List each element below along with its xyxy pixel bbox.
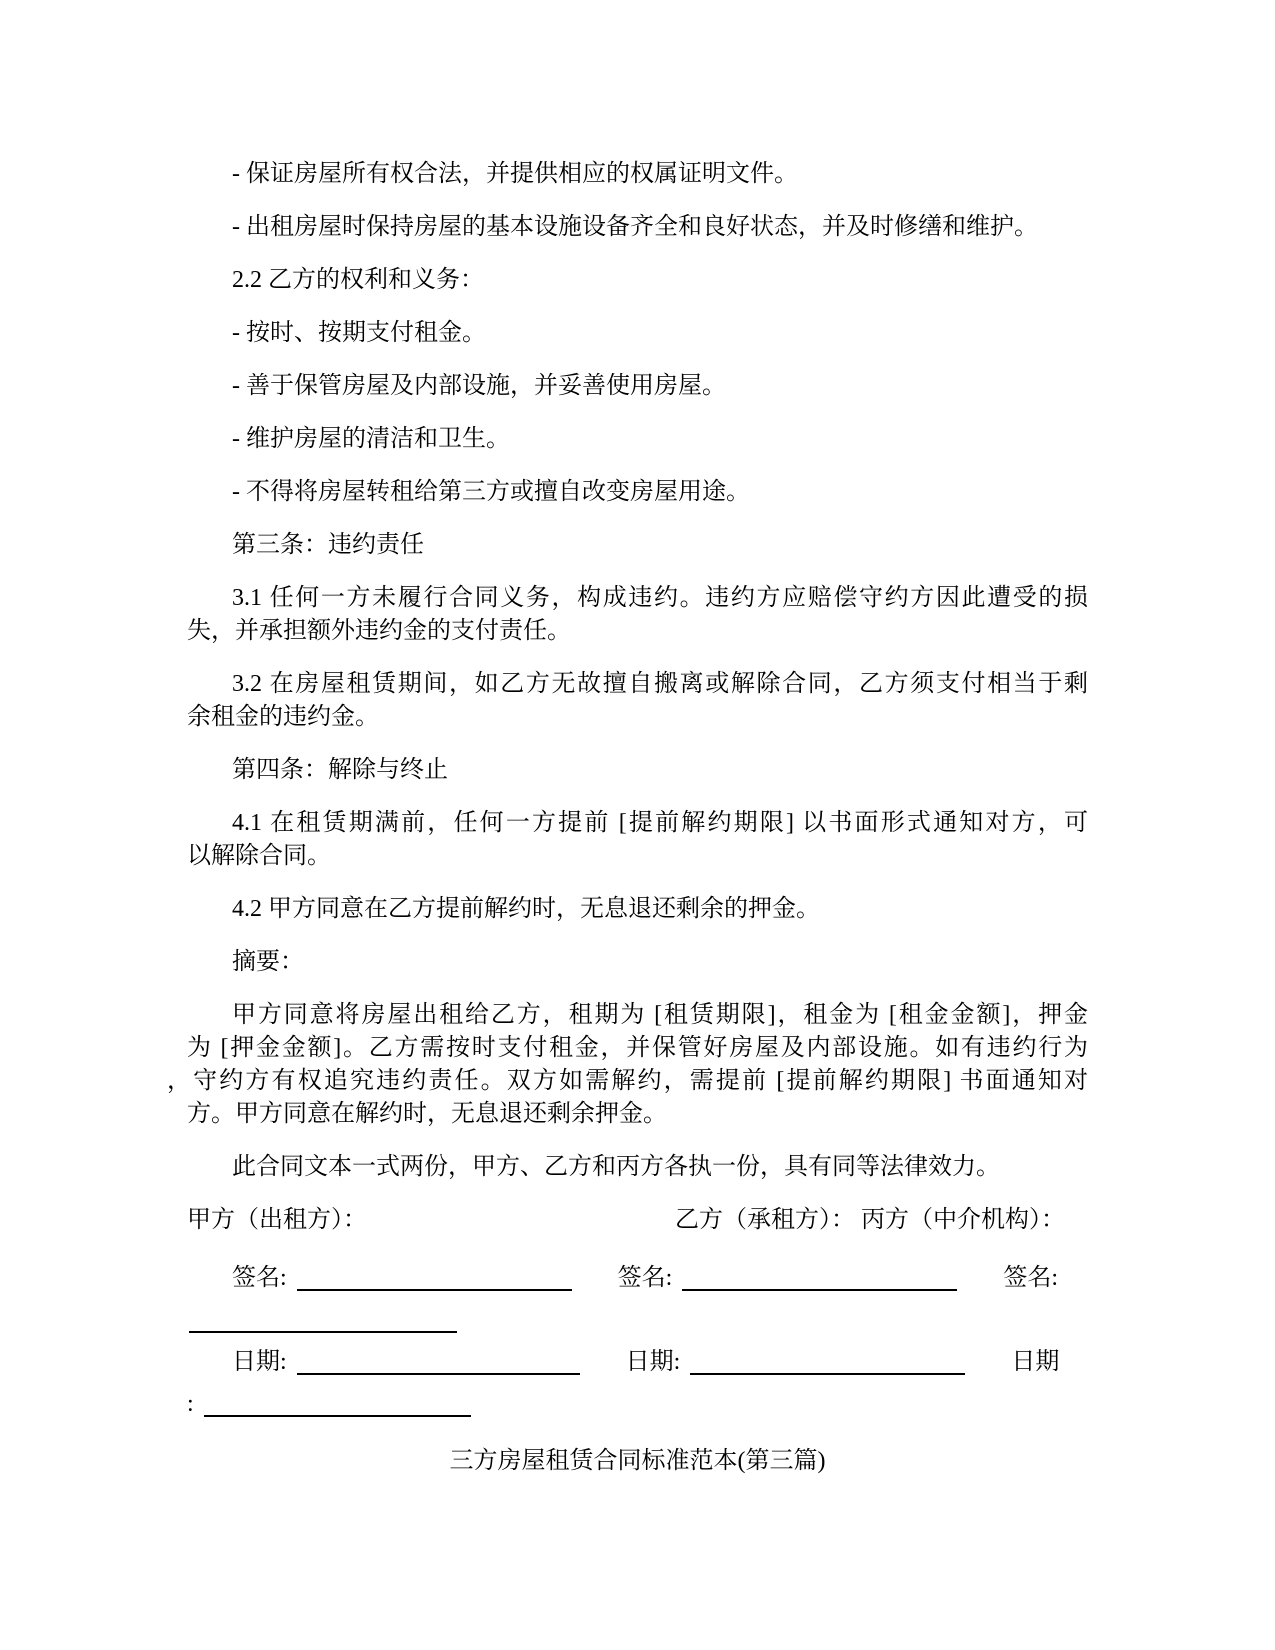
document-page: - 保证房屋所有权合法，并提供相应的权属证明文件。- 出租房屋时保持房屋的基本设…	[0, 0, 1275, 1650]
paragraph-line: 摘要：	[187, 946, 1088, 979]
date-blank-b	[690, 1355, 965, 1375]
paragraph-line: 以解除合同。	[187, 840, 1088, 873]
party-c-label: 丙方（中介机构）：	[861, 1207, 1065, 1233]
paragraph: 4.1 在租赁期满前，任何一方提前 [提前解约期限] 以书面形式通知对方，可以解…	[187, 807, 1088, 873]
paragraph-line: ，守约方有权追究违约责任。双方如需解约，需提前 [提前解约期限] 书面通知对	[187, 1065, 1088, 1098]
sign-label-a: 签名:	[232, 1265, 287, 1291]
parties-row-2: 丙方（中介机构）：	[861, 1207, 1065, 1233]
paragraph-line: - 不得将房屋转租给第三方或擅自改变房屋用途。	[187, 476, 1088, 509]
paragraph: 摘要：	[187, 946, 1088, 979]
paragraph-line: 4.1 在租赁期满前，任何一方提前 [提前解约期限] 以书面形式通知对方，可	[187, 807, 1088, 840]
paragraph-line: 3.1 任何一方未履行合同义务，构成违约。违约方应赔偿守约方因此遭受的损	[187, 582, 1088, 615]
paragraph: 2.2 乙方的权利和义务：	[187, 264, 1088, 297]
date-blank-a	[297, 1355, 580, 1375]
paragraph-line: - 按时、按期支付租金。	[187, 317, 1088, 350]
date-label-a: 日期:	[232, 1349, 287, 1375]
paragraph-line: 为 [押金金额]。乙方需按时支付租金，并保管好房屋及内部设施。如有违约行为	[187, 1032, 1088, 1065]
signature-row: 签名:签名:签名:	[187, 1257, 1088, 1299]
sign-label-b: 签名:	[618, 1265, 673, 1291]
signature-row-wrapped	[187, 1299, 1088, 1341]
paragraph: - 不得将房屋转租给第三方或擅自改变房屋用途。	[187, 476, 1088, 509]
paragraph: - 善于保管房屋及内部设施，并妥善使用房屋。	[187, 370, 1088, 403]
paragraph: 3.2 在房屋租赁期间，如乙方无故擅自搬离或解除合同，乙方须支付相当于剩余租金的…	[187, 668, 1088, 734]
paragraph: - 出租房屋时保持房屋的基本设施设备齐全和良好状态，并及时修缮和维护。	[187, 211, 1088, 244]
date-label-c: 日期	[1011, 1349, 1059, 1375]
party-b-label: 乙方（承租方）：	[675, 1207, 855, 1233]
party-a-label: 甲方（出租方）：	[187, 1207, 367, 1233]
paragraph-line: 第三条：违约责任	[187, 529, 1088, 562]
paragraph-line: 甲方同意将房屋出租给乙方，租期为 [租赁期限]，租金为 [租金金额]，押金	[187, 999, 1088, 1032]
document-content: - 保证房屋所有权合法，并提供相应的权属证明文件。- 出租房屋时保持房屋的基本设…	[187, 158, 1088, 1478]
paragraph: 第三条：违约责任	[187, 529, 1088, 562]
paragraph-line: 4.2 甲方同意在乙方提前解约时，无息退还剩余的押金。	[187, 893, 1088, 926]
paragraphs: - 保证房屋所有权合法，并提供相应的权属证明文件。- 出租房屋时保持房屋的基本设…	[187, 158, 1088, 1184]
paragraph-line: 3.2 在房屋租赁期间，如乙方无故擅自搬离或解除合同，乙方须支付相当于剩	[187, 668, 1088, 701]
paragraph: 3.1 任何一方未履行合同义务，构成违约。违约方应赔偿守约方因此遭受的损失，并承…	[187, 582, 1088, 648]
paragraph-line: 第四条：解除与终止	[187, 754, 1088, 787]
date-blank-c	[204, 1397, 471, 1417]
signature-blank-c	[189, 1313, 457, 1333]
wrapped-colon: :	[187, 1391, 194, 1417]
date-row-wrapped: :	[187, 1383, 1088, 1425]
signature-blank-a	[297, 1271, 572, 1291]
paragraph: - 保证房屋所有权合法，并提供相应的权属证明文件。	[187, 158, 1088, 191]
paragraph-line: 余租金的违约金。	[187, 701, 1088, 734]
paragraph-line: 此合同文本一式两份，甲方、乙方和丙方各执一份，具有同等法律效力。	[187, 1151, 1088, 1184]
paragraph: 此合同文本一式两份，甲方、乙方和丙方各执一份，具有同等法律效力。	[187, 1151, 1088, 1184]
signature-blank-b	[682, 1271, 957, 1291]
paragraph-line: - 维护房屋的清洁和卫生。	[187, 423, 1088, 456]
paragraph-line: - 保证房屋所有权合法，并提供相应的权属证明文件。	[187, 158, 1088, 191]
paragraph-line: 2.2 乙方的权利和义务：	[187, 264, 1088, 297]
date-label-b: 日期:	[626, 1349, 681, 1375]
paragraph: 4.2 甲方同意在乙方提前解约时，无息退还剩余的押金。	[187, 893, 1088, 926]
paragraph: - 按时、按期支付租金。	[187, 317, 1088, 350]
sign-label-c: 签名:	[1003, 1265, 1058, 1291]
paragraph: 甲方同意将房屋出租给乙方，租期为 [租赁期限]，租金为 [租金金额]，押金为 […	[187, 999, 1088, 1131]
paragraph: 第四条：解除与终止	[187, 754, 1088, 787]
paragraph-line: - 善于保管房屋及内部设施，并妥善使用房屋。	[187, 370, 1088, 403]
footer-title: 三方房屋租赁合同标准范本(第三篇)	[187, 1445, 1088, 1478]
signature-section: 签名:签名:签名: 日期:日期:日期 :	[187, 1257, 1088, 1425]
parties-paragraph: 甲方（出租方）：乙方（承租方）： 丙方（中介机构）：	[187, 1204, 1088, 1237]
parties-row-1: 甲方（出租方）：乙方（承租方）：	[187, 1207, 855, 1233]
paragraph-line: - 出租房屋时保持房屋的基本设施设备齐全和良好状态，并及时修缮和维护。	[187, 211, 1088, 244]
paragraph-line: 方。甲方同意在解约时，无息退还剩余押金。	[187, 1098, 1088, 1131]
date-row: 日期:日期:日期	[187, 1341, 1088, 1383]
paragraph-line: 失，并承担额外违约金的支付责任。	[187, 615, 1088, 648]
paragraph: - 维护房屋的清洁和卫生。	[187, 423, 1088, 456]
